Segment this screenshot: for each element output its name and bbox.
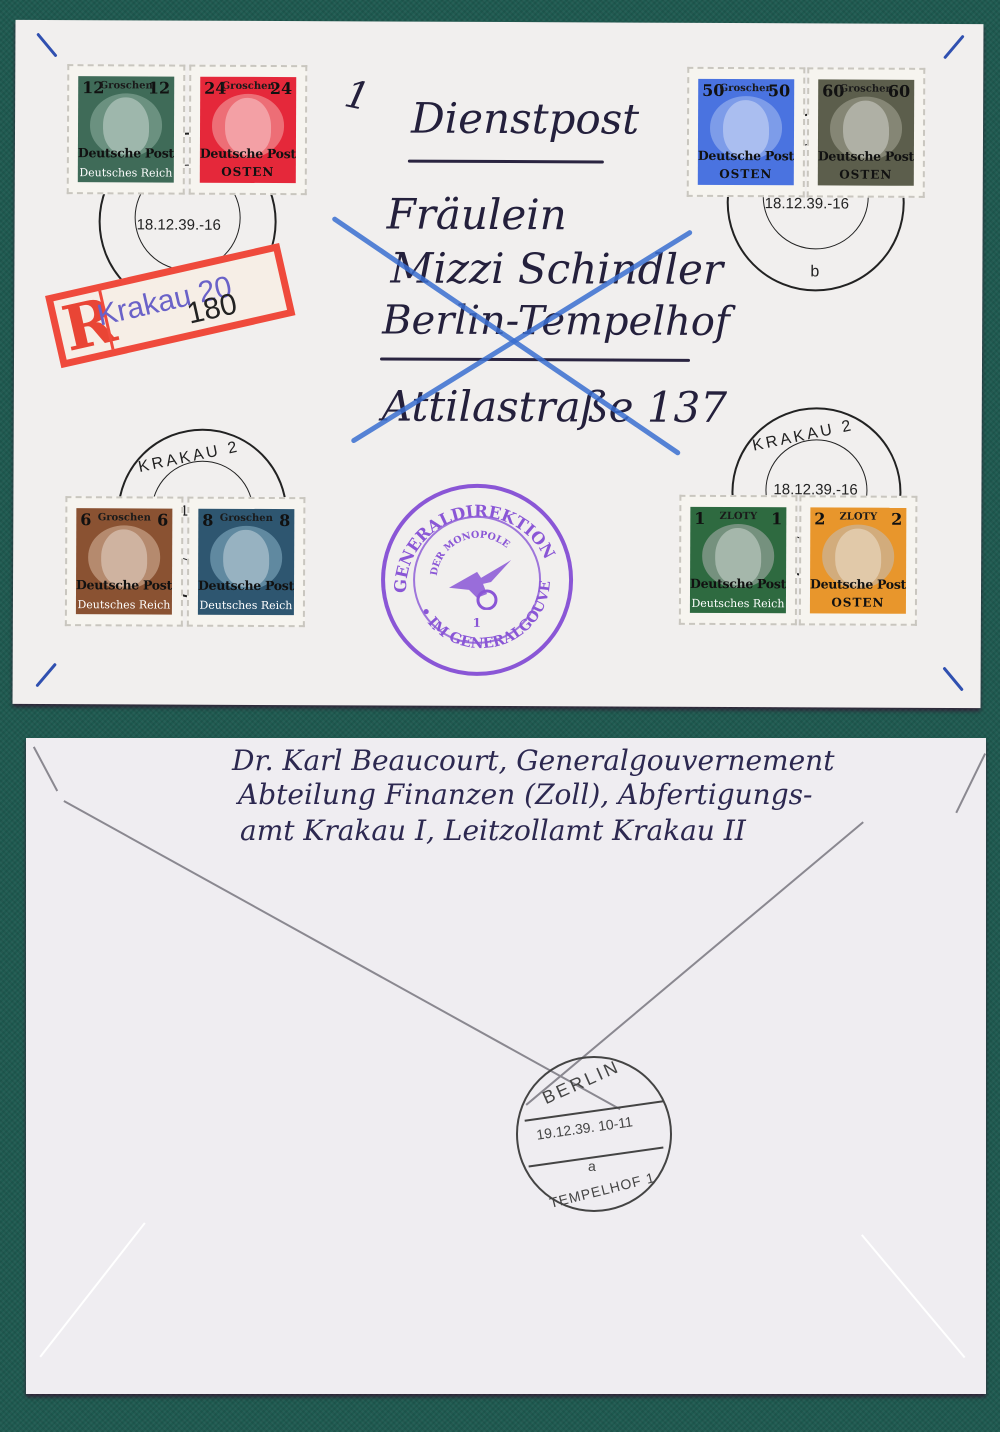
envelope-front: 1 Dienstpost Fräulein Mizzi Schindler Be…	[13, 20, 984, 708]
flap-edge	[955, 753, 985, 813]
stamps: 12Groschen12Deutsche PostDeutsches Reich…	[15, 20, 983, 24]
sender-line-3: amt Krakau I, Leitzollamt Krakau II	[240, 814, 746, 847]
postmark-berlin-tempelhof: BERLIN 19.12.39. 10-11 a TEMPELHOF 1	[516, 1056, 672, 1212]
seam-line	[861, 1234, 965, 1358]
corner-mark	[943, 35, 965, 60]
eagle-emblem-icon	[447, 558, 513, 610]
sender-line-2: Abteilung Finanzen (Zoll), Abfertigungs-	[238, 778, 812, 811]
address-line-1: Fräulein	[387, 190, 567, 240]
corner-mark	[35, 663, 57, 688]
service-note-prefix: 1	[341, 71, 374, 119]
address-line-3: Berlin-Tempelhof	[382, 297, 730, 345]
service-note: Dienstpost	[411, 94, 639, 144]
address-line-2: Mizzi Schindler	[390, 244, 723, 294]
flap-edge	[33, 746, 58, 791]
official-seal: GENERALDIREKTION • IM GENERALGOUVERNEMEN…	[381, 483, 574, 676]
stamp-50-groschen: 50Groschen50Deutsche PostOSTEN	[687, 67, 806, 198]
stamp-60-groschen: 60Groschen60Deutsche PostOSTEN	[807, 67, 926, 198]
corner-mark	[36, 33, 57, 58]
stamp-2-zloty: 2ZLOTY2Deutsche PostOSTEN	[799, 495, 918, 626]
corner-mark	[942, 666, 963, 691]
sender-line-1: Dr. Karl Beaucourt, Generalgouvernement	[232, 744, 834, 777]
envelope-back: Dr. Karl Beaucourt, Generalgouvernement …	[26, 738, 986, 1394]
stamp-24-groschen: 24Groschen24Deutsche PostOSTEN	[189, 65, 308, 196]
service-note-underline	[408, 160, 604, 164]
stamp-1-zloty: 1ZLOTY1Deutsche PostDeutsches Reich	[679, 495, 798, 626]
stamp-6-groschen: 6Groschen6Deutsche PostDeutsches Reich	[65, 496, 184, 627]
seam-line	[39, 1222, 145, 1357]
stamp-12-groschen: 12Groschen12Deutsche PostDeutsches Reich	[67, 64, 186, 195]
stamp-8-groschen: 8Groschen8Deutsche PostDeutsches Reich	[187, 497, 306, 628]
